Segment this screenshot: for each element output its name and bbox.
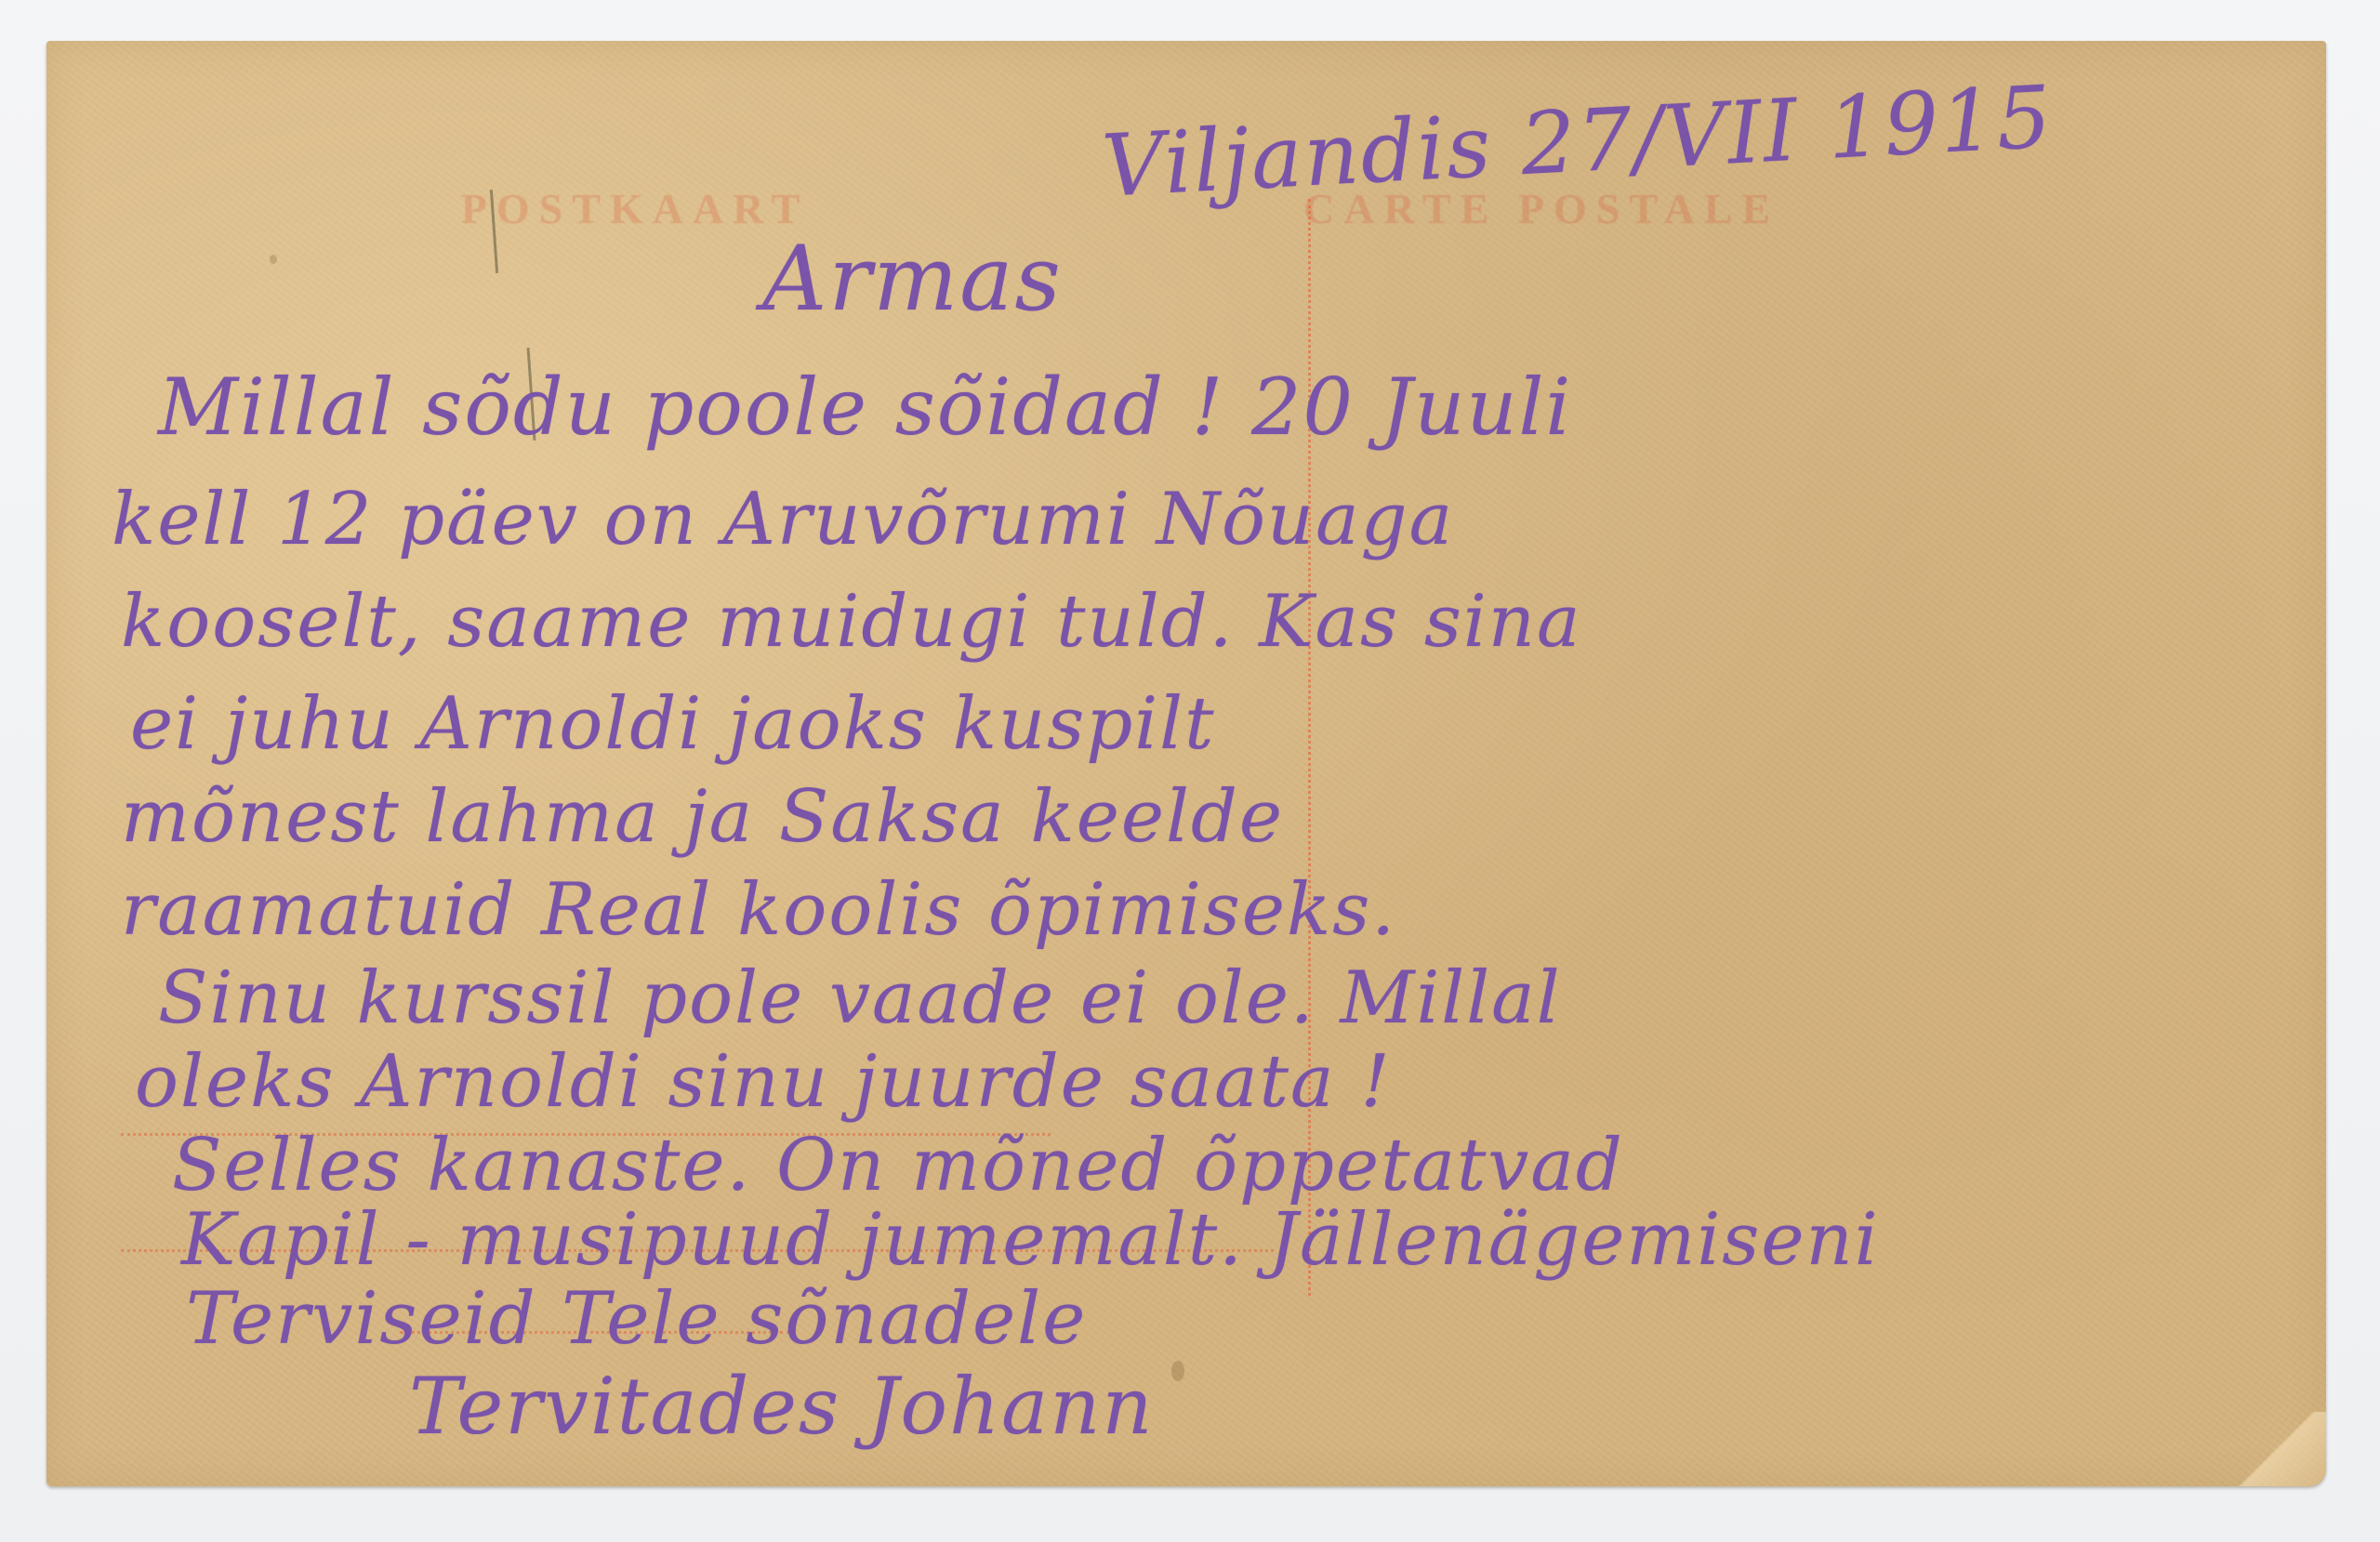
printed-header-left: POSTKAART [461,184,810,233]
letter-line: raamatuid Real koolis õpimiseks. [121,868,1396,952]
bent-corner [2224,1412,2326,1486]
letter-line: mõnest lahma ja Saksa keelde [121,775,1284,859]
letter-line: Selles kanaste. On mõned õppetatvad [172,1124,1624,1207]
letter-line: Sinu kurssil pole vaade ei ole. Millal [158,956,1562,1040]
letter-line: Terviseid Tele sõnadele [186,1277,1087,1361]
letter-line: oleks Arnoldi sinu juurde saata ! [135,1040,1392,1124]
letter-line: Kapil - musipuud jumemalt. Jällenägemise… [181,1198,1880,1282]
letter-line: ei juhu Arnoldi jaoks kuspilt [130,682,1215,766]
scanned-page: POSTKAART CARTE POSTALE Viljandis 27/VII… [0,0,2380,1542]
signature: Tervitades Johann [409,1361,1154,1452]
letter-line: kell 12 päev on Aruvõrumi Nõuaga [112,478,1454,561]
greeting: Armas [762,227,1063,331]
letter-line: Millal sõdu poole sõidad ! 20 Juuli [158,362,1572,453]
paper-stain [1171,1361,1184,1381]
letter-line: kooselt, saame muidugi tuld. Kas sina [121,580,1582,664]
postcard: POSTKAART CARTE POSTALE Viljandis 27/VII… [46,41,2326,1486]
ink-speck [270,255,277,264]
